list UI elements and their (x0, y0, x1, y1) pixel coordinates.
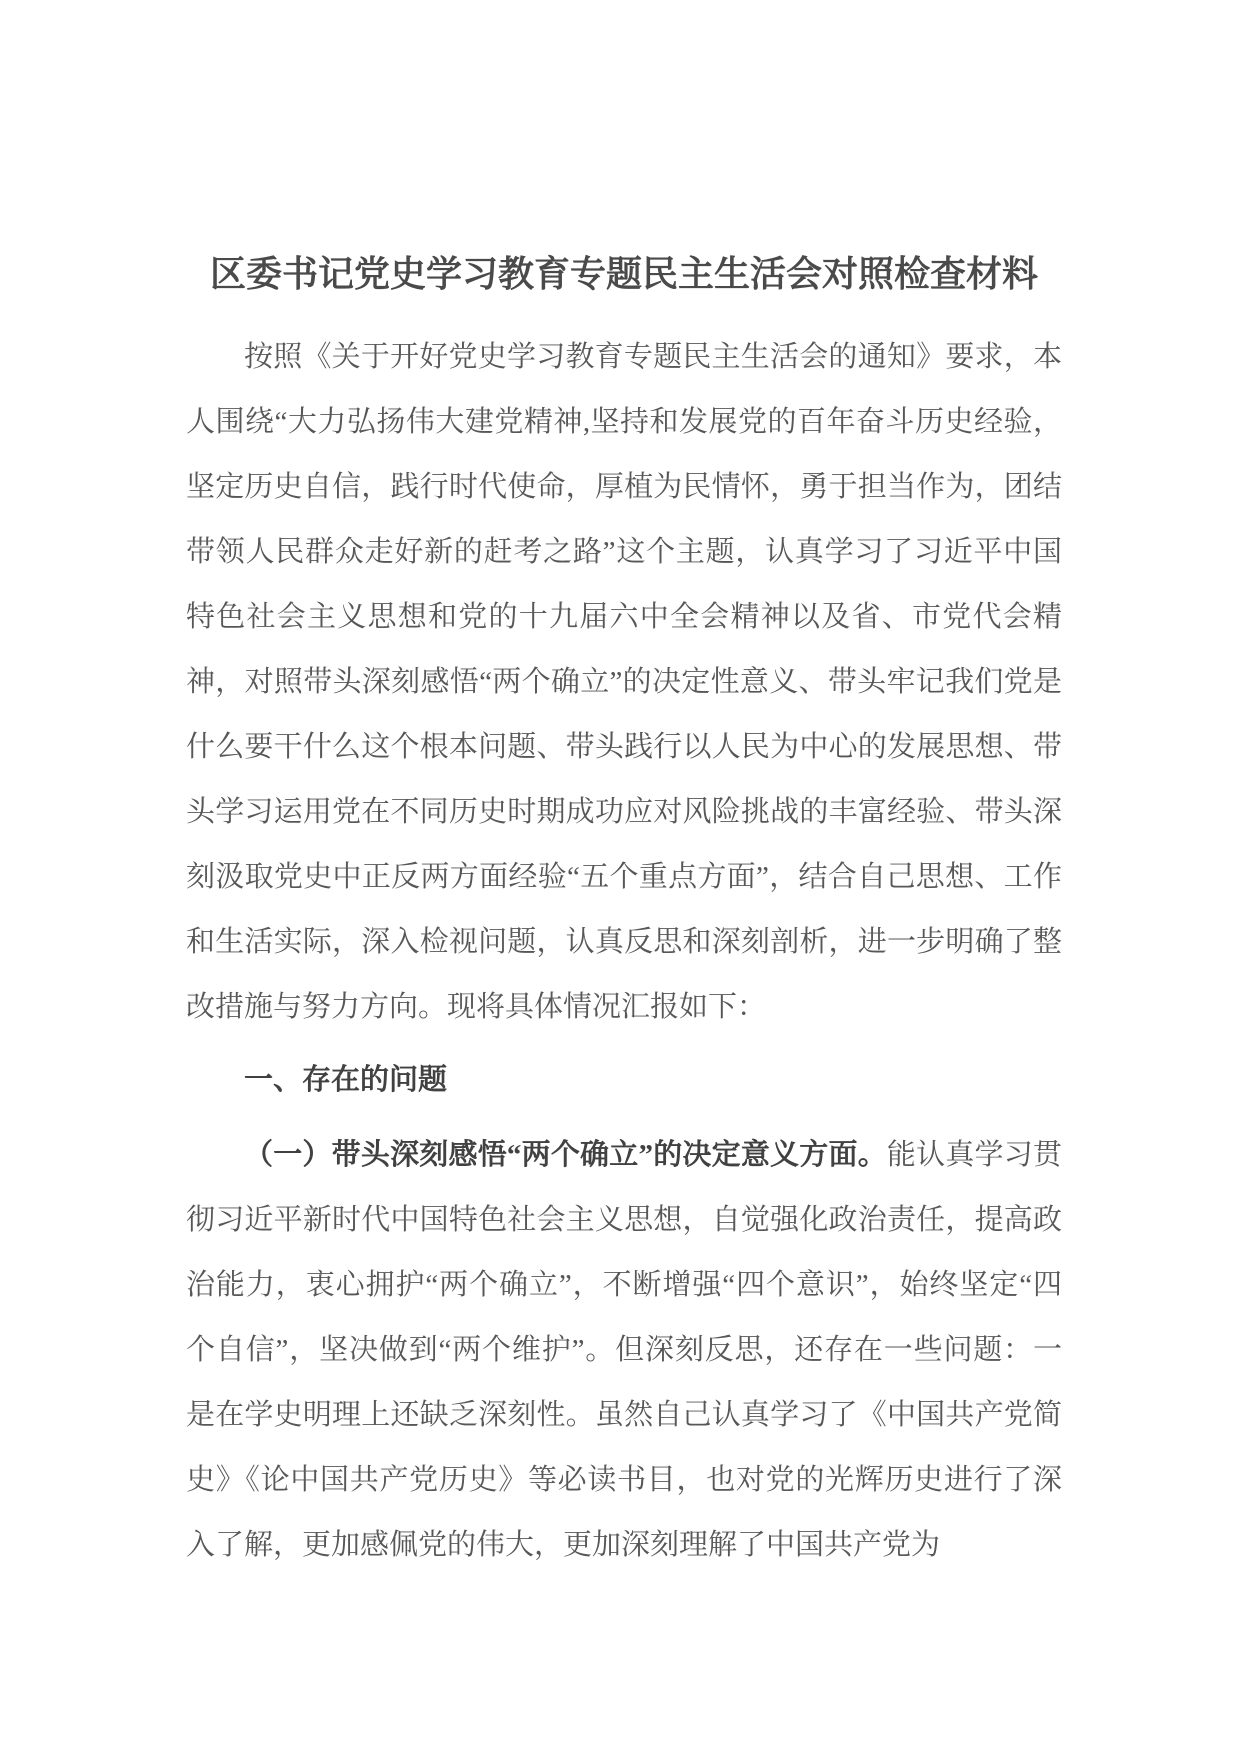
section-1-item-1-paragraph: （一）带头深刻感悟“两个确立”的决定意义方面。能认真学习贯彻习近平新时代中国特色… (186, 1123, 1062, 1578)
document-page: 区委书记党史学习教育专题民主生活会对照检查材料 按照《关于开好党史学习教育专题民… (0, 0, 1241, 1755)
section-1-item-1-lead: （一）带头深刻感悟“两个确立”的决定意义方面。 (244, 1139, 887, 1171)
document-content: 区委书记党史学习教育专题民主生活会对照检查材料 按照《关于开好党史学习教育专题民… (186, 0, 1062, 1578)
section-1-item-1-body: 能认真学习贯彻习近平新时代中国特色社会主义思想，自觉强化政治责任，提高政治能力，… (186, 1139, 1062, 1561)
document-title: 区委书记党史学习教育专题民主生活会对照检查材料 (186, 242, 1062, 307)
section-1-heading: 一、存在的问题 (186, 1048, 1062, 1113)
intro-paragraph: 按照《关于开好党史学习教育专题民主生活会的通知》要求，本人围绕“大力弘扬伟大建党… (186, 325, 1062, 1040)
